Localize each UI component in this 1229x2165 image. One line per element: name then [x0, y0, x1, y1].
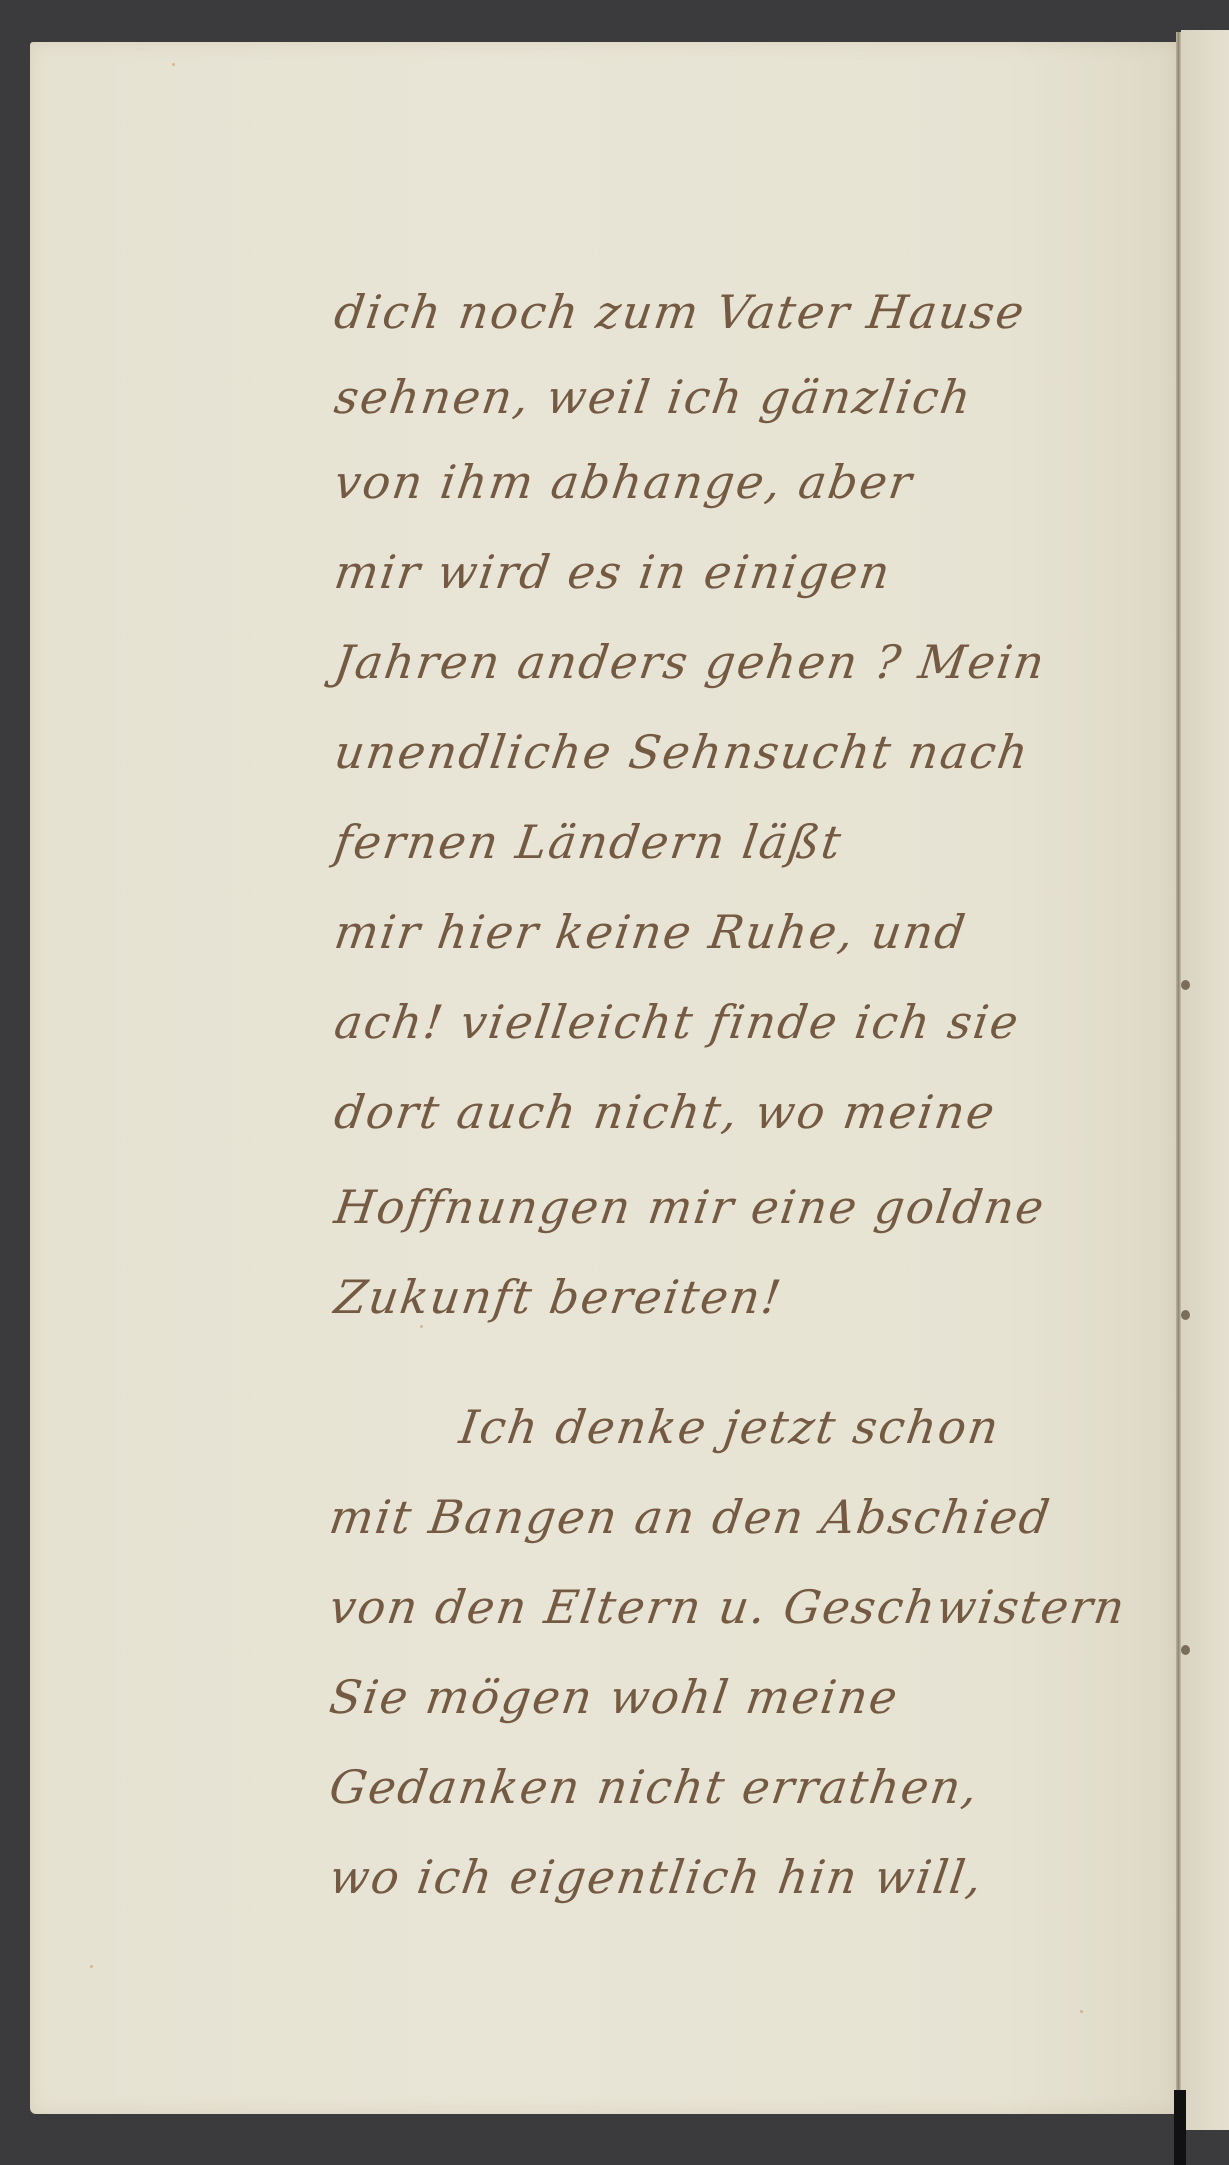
text-line: unendliche Sehnsucht nach — [331, 725, 1033, 779]
text-line: mit Bangen an den Abschied — [326, 1490, 1054, 1544]
text-line: Zukunft bereiten! — [331, 1270, 786, 1324]
text-line: von den Eltern u. Geschwistern — [326, 1580, 1130, 1634]
text-line: von ihm abhange, aber — [331, 455, 917, 509]
text-line: Sie mögen wohl meine — [326, 1670, 902, 1724]
text-line: dich noch zum Vater Hause — [331, 285, 1029, 339]
text-line: Hoffnungen mir eine goldne — [331, 1180, 1049, 1234]
text-line: Ich denke jetzt schon — [456, 1400, 1003, 1454]
text-line: ach! vielleicht finde ich sie — [331, 995, 1023, 1049]
text-line: mir hier keine Ruhe, und — [331, 905, 970, 959]
handwritten-text: dich noch zum Vater Hause sehnen, weil i… — [0, 0, 1229, 2165]
text-line: Jahren anders gehen ? Mein — [331, 635, 1049, 689]
text-line: dort auch nicht, wo meine — [331, 1085, 999, 1139]
text-line: sehnen, weil ich gänzlich — [331, 370, 976, 424]
text-line: mir wird es in einigen — [331, 545, 895, 599]
text-line: wo ich eigentlich hin will, — [326, 1850, 987, 1904]
text-line: fernen Ländern läßt — [331, 815, 846, 869]
text-line: Gedanken nicht errathen, — [326, 1760, 982, 1814]
